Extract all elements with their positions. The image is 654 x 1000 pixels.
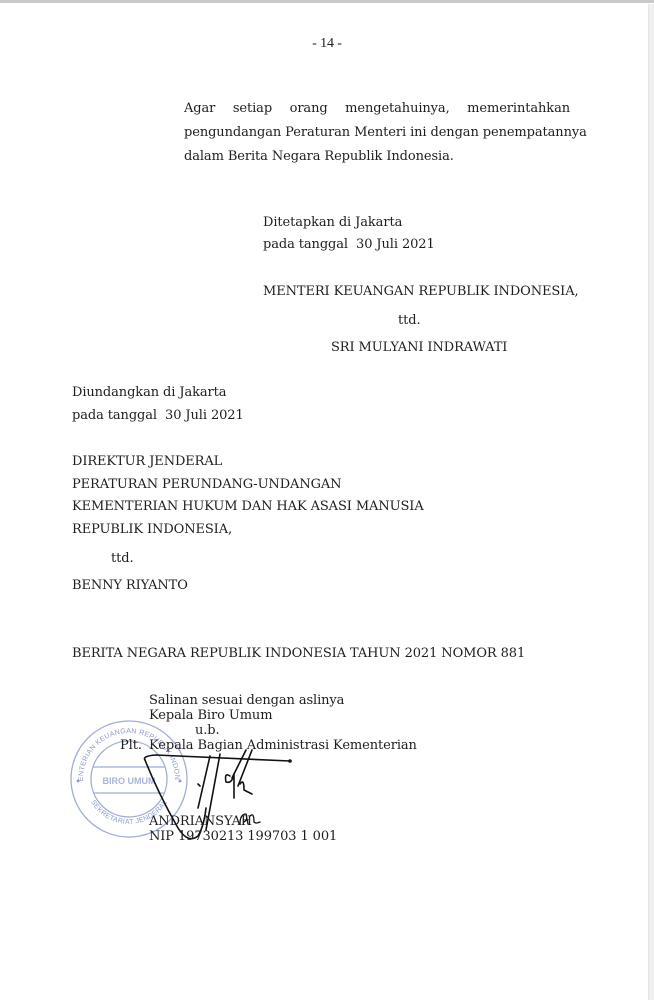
enactment-place: Ditetapkan di Jakarta — [263, 215, 402, 231]
enactment-date: pada tanggal 30 Juli 2021 — [263, 237, 435, 253]
promulgation-place: Diundangkan di Jakarta — [72, 385, 226, 401]
promulgation-signed-mark: ttd. — [111, 551, 134, 567]
paragraph-line: dalam Berita Negara Republik Indonesia. — [184, 145, 570, 169]
paragraph-line: pengundangan Peraturan Menteri ini denga… — [184, 121, 570, 145]
page-top-border — [0, 0, 654, 3]
page-number: - 14 - — [0, 36, 654, 52]
gazette-reference: BERITA NEGARA REPUBLIK INDONESIA TAHUN 2… — [72, 646, 525, 662]
certified-copy-prefix: Plt. — [120, 738, 142, 754]
enactment-official-title: MENTERI KEUANGAN REPUBLIK INDONESIA, — [263, 284, 579, 300]
initial-paraf-icon — [238, 810, 262, 828]
certified-copy-line: Salinan sesuai dengan aslinya — [149, 693, 344, 709]
enactment-official-name: SRI MULYANI INDRAWATI — [331, 340, 507, 356]
promulgation-title-line: DIREKTUR JENDERAL — [72, 454, 222, 470]
promulgation-date: pada tanggal 30 Juli 2021 — [72, 408, 244, 424]
page-edge — [648, 4, 654, 1000]
promulgation-title-line: PERATURAN PERUNDANG-UNDANGAN — [72, 477, 341, 493]
paragraph-line: Agar setiap orang mengetahuinya, memerin… — [184, 97, 570, 121]
promulgation-title-line: REPUBLIK INDONESIA, — [72, 522, 232, 538]
certified-copy-line: u.b. — [195, 723, 220, 739]
signatory-name: ANDRIANSYAH — [149, 814, 252, 830]
enactment-signed-mark: ttd. — [398, 313, 421, 329]
signatory-nip: NIP 19730213 199703 1 001 — [149, 829, 337, 845]
closing-paragraph: Agar setiap orang mengetahuinya, memerin… — [184, 97, 570, 169]
promulgation-official-name: BENNY RIYANTO — [72, 578, 188, 594]
certified-copy-line: Kepala Biro Umum — [149, 708, 272, 724]
promulgation-title-line: KEMENTERIAN HUKUM DAN HAK ASASI MANUSIA — [72, 499, 424, 515]
